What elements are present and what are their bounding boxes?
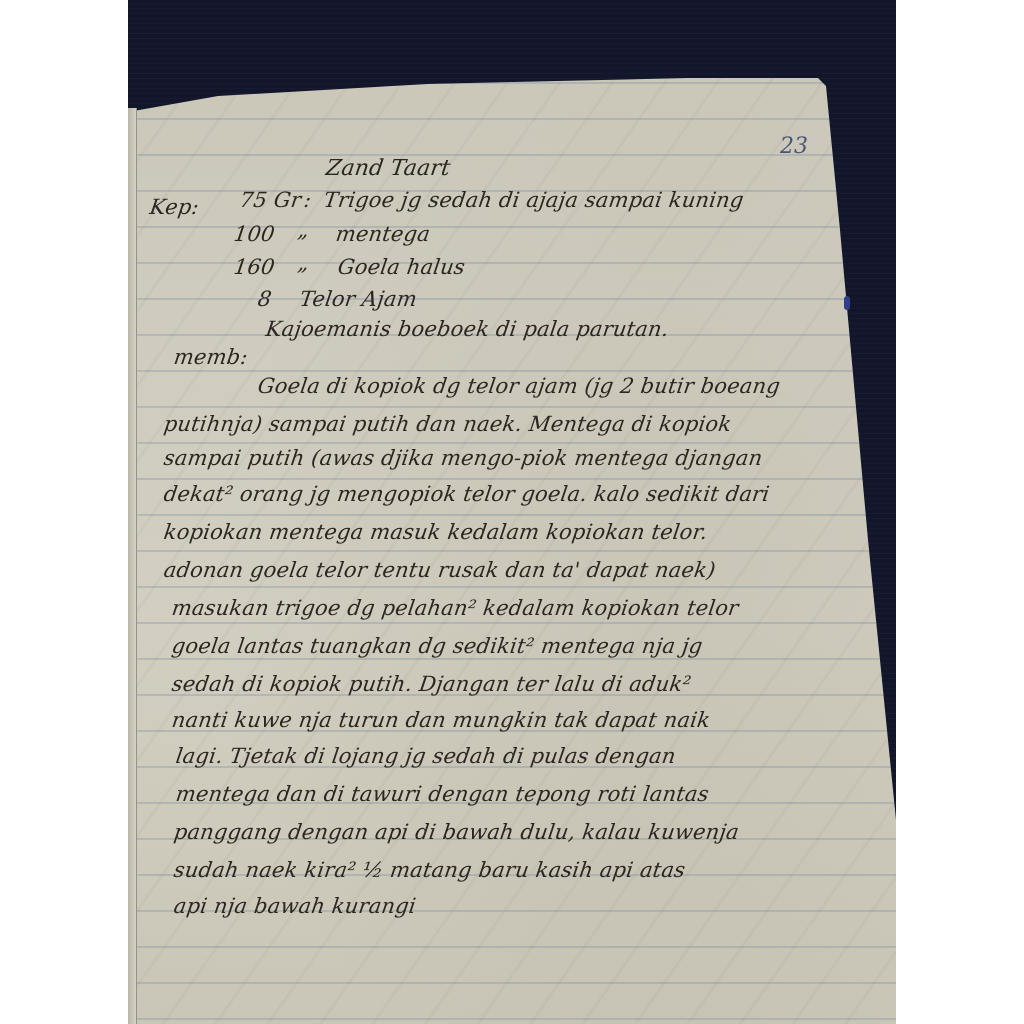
method-line: sudah naek kira² ½ matang baru kasih api…	[172, 858, 687, 882]
method-line: panggang dengan api di bawah dulu, kalau…	[172, 820, 740, 844]
ingredient-item: Goela halus	[336, 255, 466, 279]
ingredient-item: mentega	[334, 222, 431, 246]
ingredient-qty: 75 Gr	[238, 188, 303, 212]
page-number: 23	[780, 134, 808, 159]
method-line: kopiokan mentega masuk kedalam kopiokan …	[162, 520, 709, 544]
method-line: mentega dan di tawuri dengan tepong roti…	[174, 782, 710, 806]
method-line: Goela di kopiok dg telor ajam (jg 2 buti…	[256, 374, 781, 398]
method-line: sampai putih (awas djika mengo-piok ment…	[162, 446, 764, 470]
method-line: adonan goela telor tentu rusak dan ta' d…	[162, 558, 717, 582]
method-line: goela lantas tuangkan dg sedikit² menteg…	[170, 634, 704, 658]
method-line: putihnja) sampai putih dan naek. Mentega…	[162, 412, 733, 436]
ingredient-qty: 100	[232, 222, 276, 246]
method-line: dekat² orang jg mengopiok telor goela. k…	[162, 482, 771, 506]
notebook-photo: 23 Zand Taart Kep: 75 Gr : Trigoe jg sed…	[128, 0, 896, 1024]
recipe-title: Zand Taart	[324, 156, 452, 181]
method-line: sedah di kopiok putih. Djangan ter lalu …	[170, 672, 693, 696]
ingredient-qty: 160	[232, 255, 276, 279]
method-line: api nja bawah kurangi	[172, 894, 417, 918]
method-line: nanti kuwe nja turun dan mungkin tak dap…	[170, 708, 712, 732]
ingredient-item: Telor Ajam	[298, 287, 418, 311]
ingredient-item: Trigoe jg sedah di ajaja sampai kuning	[322, 188, 745, 212]
method-label: memb:	[172, 345, 249, 369]
ingredients-label: Kep:	[148, 195, 200, 219]
ingredient-item: Kajoemanis boeboek di pala parutan.	[264, 317, 670, 341]
ink-smudge	[844, 296, 850, 310]
method-line: masukan trigoe dg pelahan² kedalam kopio…	[170, 596, 740, 620]
method-line: lagi. Tjetak di lojang jg sedah di pulas…	[174, 744, 677, 768]
page-binding-edge	[128, 108, 137, 1024]
